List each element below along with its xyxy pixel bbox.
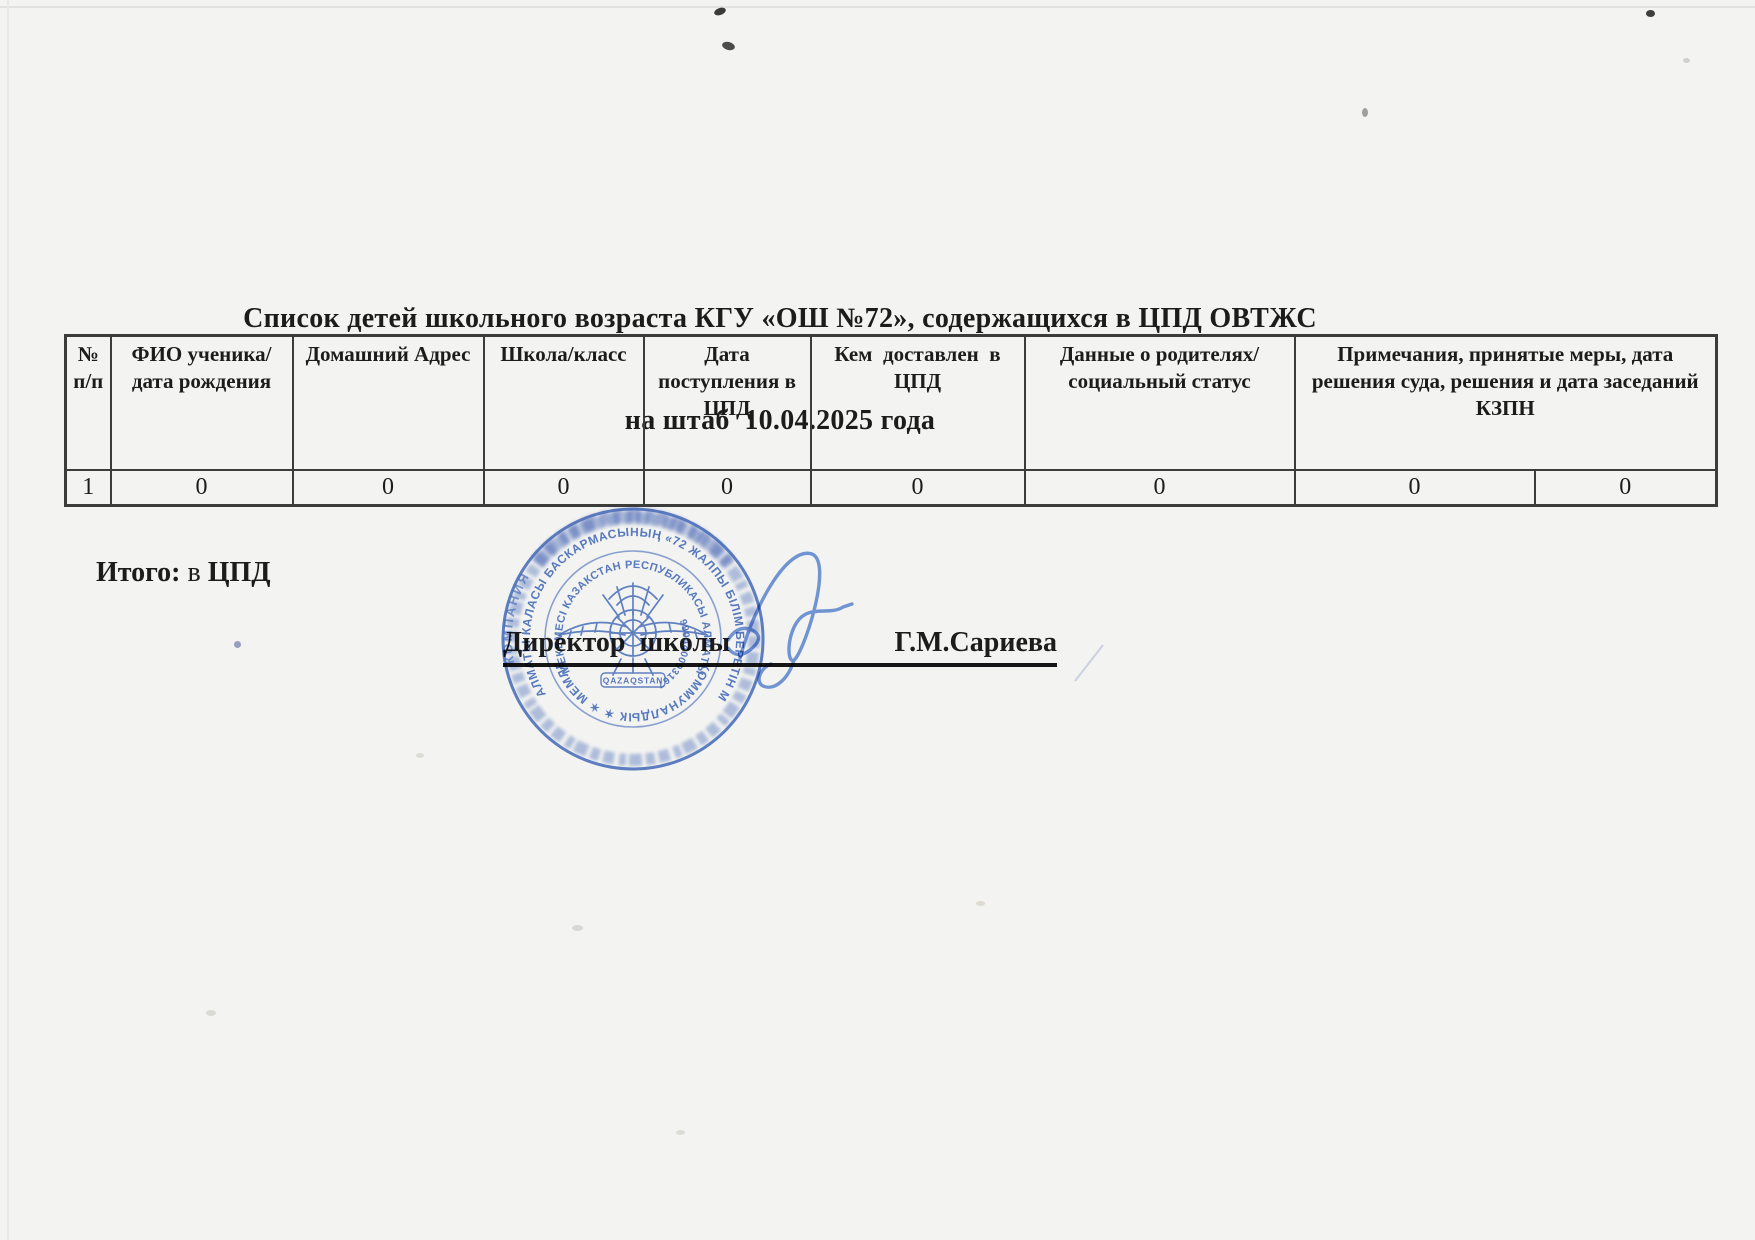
scan-speck: [676, 1130, 685, 1135]
stamp-smudged-top-arc: [537, 516, 729, 563]
scan-speck: [572, 925, 583, 931]
table-header-row: № п/п ФИО ученика/дата рождения Домашний…: [66, 336, 1717, 470]
totals-line: Итого: в ЦПД: [96, 556, 271, 590]
totals-preposition: в: [181, 557, 208, 588]
header-number: № п/п: [66, 336, 111, 470]
scan-speck: [1683, 58, 1690, 63]
header-delivered-by: Кем доставлен в ЦПД: [811, 336, 1025, 470]
cell-home-address: 0: [293, 470, 484, 506]
totals-label: Итого:: [96, 557, 181, 588]
scan-speck: [721, 40, 736, 51]
cell-student-name: 0: [111, 470, 293, 506]
scan-speck: [1362, 108, 1368, 117]
cell-admission-date: 0: [644, 470, 811, 506]
cell-notes-2: 0: [1535, 470, 1717, 506]
header-notes: Примечания, принятые меры, дата решения …: [1295, 336, 1717, 470]
scan-speck: [976, 901, 985, 906]
svg-text:АЛМАТЫ КАЛАСЫ БАСКАРМАСЫНЫҢ «7: АЛМАТЫ КАЛАСЫ БАСКАРМАСЫНЫҢ «72 ЖАЛПЫ БІ…: [497, 503, 747, 704]
header-student-name: ФИО ученика/дата рождения: [111, 336, 293, 470]
stamp-center-label: QAZAQSTAN: [603, 676, 663, 686]
cell-school-class: 0: [484, 470, 644, 506]
header-admission-date: Дата поступления в ЦПД: [644, 336, 811, 470]
signature-line: Директор школы Г.М.Сариева: [503, 626, 1057, 667]
cell-number: 1: [66, 470, 111, 506]
stamp-inner-ring-bottom-text: КОММУНАЛДЫК ✶ ✶ МЕМЛЕКЕТТІК: [497, 503, 714, 724]
header-school-class: Школа/класс: [484, 336, 644, 470]
header-home-address: Домашний Адрес: [293, 336, 484, 470]
totals-value: ЦПД: [208, 557, 271, 588]
scan-edge-artifact: [0, 6, 1755, 8]
header-parents-data: Данные о родителях/социальный статус: [1025, 336, 1295, 470]
cell-parents-data: 0: [1025, 470, 1295, 506]
scan-speck: [206, 1010, 216, 1016]
scan-speck: [1646, 10, 1655, 17]
document-title-line1: Список детей школьного возраста КГУ «ОШ …: [0, 302, 1560, 336]
table-row: 1 0 0 0 0 0 0 0 0: [66, 470, 1717, 506]
stamp-middle-ring-text: АЛМАТЫ КАЛАСЫ БАСКАРМАСЫНЫҢ «72 ЖАЛПЫ БІ…: [497, 503, 747, 704]
pen-streak-artifact: [1074, 644, 1104, 681]
scanned-document-page: { "page": { "background": "#f3f3f1", "in…: [0, 0, 1755, 1240]
ink-dot: [234, 641, 241, 648]
handwritten-signature: [700, 528, 890, 698]
scan-speck: [416, 753, 424, 758]
students-table: № п/п ФИО ученика/дата рождения Домашний…: [64, 334, 1718, 507]
cell-delivered-by: 0: [811, 470, 1025, 506]
director-role-label: Директор школы: [503, 626, 730, 660]
svg-text:КОММУНАЛДЫК ✶ ✶ МЕМЛЕКЕТТІК: КОММУНАЛДЫК ✶ ✶ МЕМЛЕКЕТТІК: [497, 503, 714, 724]
scan-edge-artifact: [7, 0, 9, 1240]
cell-notes-1: 0: [1295, 470, 1535, 506]
director-name: Г.М.Сариева: [894, 626, 1057, 660]
